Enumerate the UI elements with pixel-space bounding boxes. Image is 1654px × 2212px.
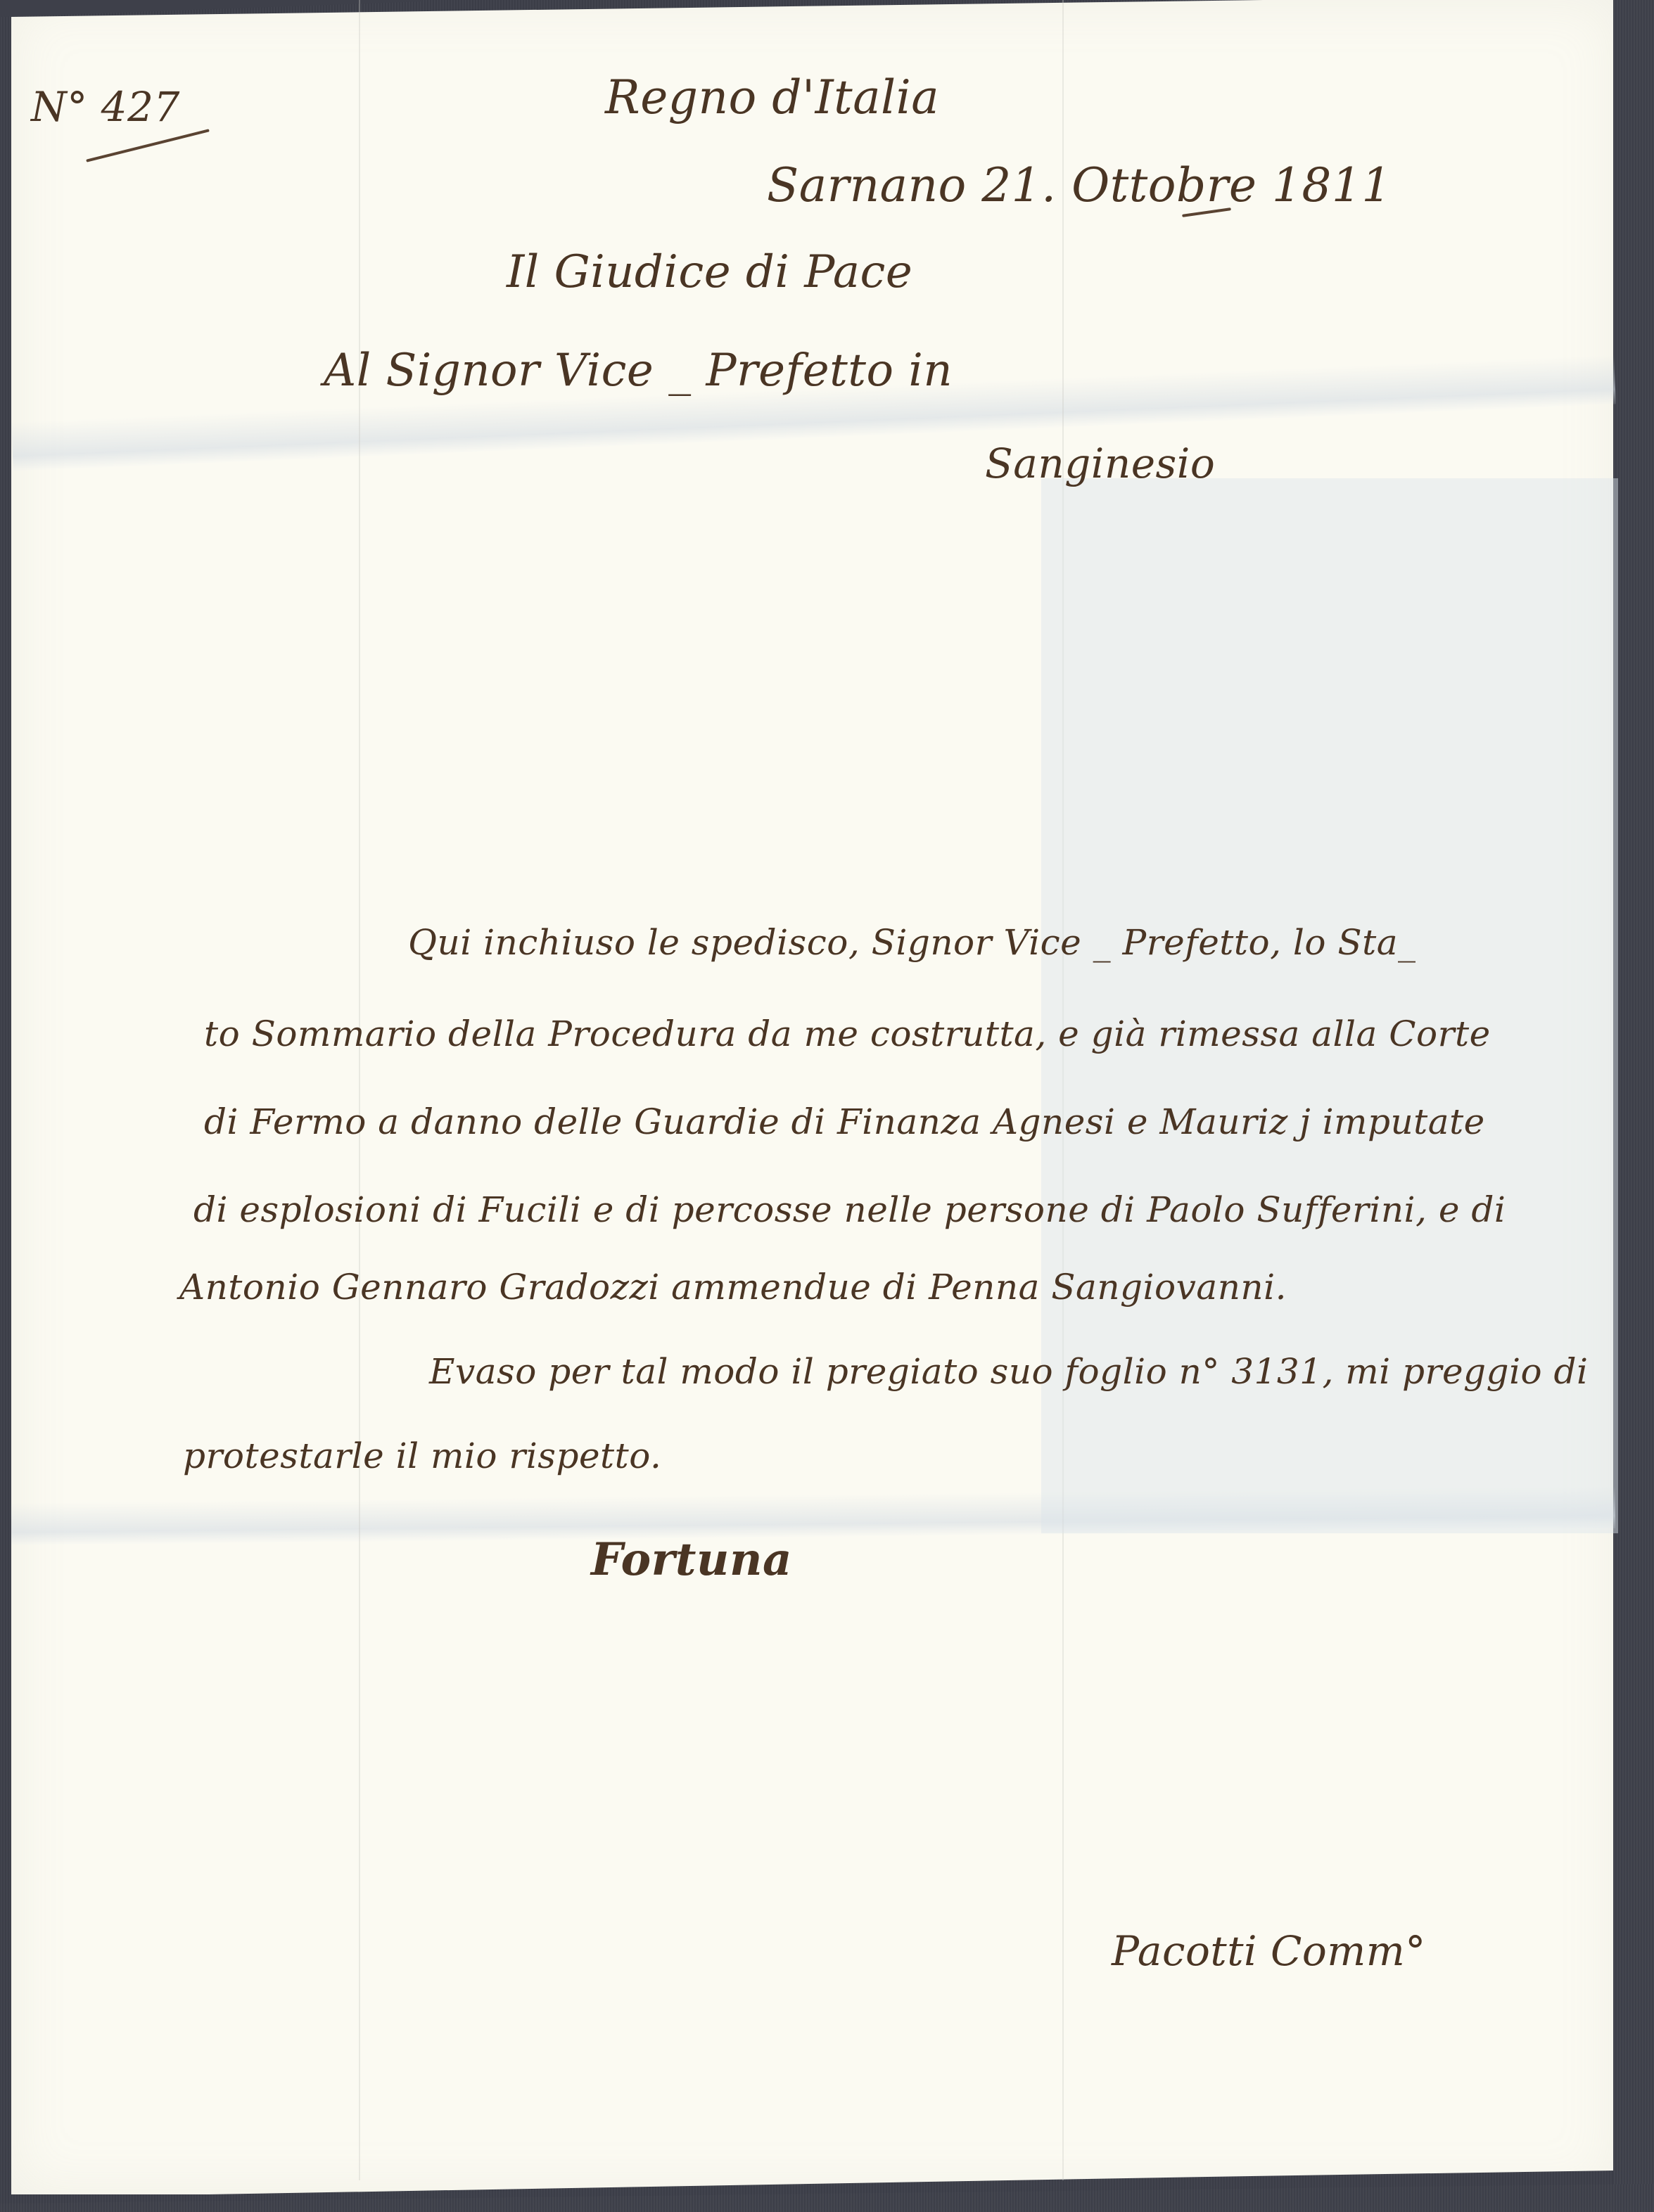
body-line-1: Qui inchiuso le spedisco, Signor Vice _ … xyxy=(408,921,1416,964)
protocol-number: N° 427 xyxy=(31,83,180,131)
body-line-6: Evaso per tal modo il pregiato suo fogli… xyxy=(429,1350,1589,1393)
signature: Fortuna xyxy=(591,1533,792,1586)
footer-note: Pacotti Comm° xyxy=(1112,1927,1426,1975)
fold-crease-vertical-left xyxy=(359,0,360,2180)
letter-header: Regno d'Italia xyxy=(605,70,939,124)
sender-title: Il Giudice di Pace xyxy=(507,246,912,298)
body-line-5: Antonio Gennaro Gradozzi ammendue di Pen… xyxy=(179,1266,1287,1308)
body-line-2: to Sommario della Procedura da me costru… xyxy=(204,1013,1491,1055)
body-line-4: di esplosioni di Fucili e di percosse ne… xyxy=(193,1189,1506,1231)
body-line-3: di Fermo a danno delle Guardie di Finanz… xyxy=(204,1101,1485,1143)
background-right-edge xyxy=(1613,0,1654,2212)
place-date: Sarnano 21. Ottobre 1811 xyxy=(767,158,1392,212)
destination: Sanginesio xyxy=(985,440,1215,487)
body-line-7: protestarle il mio rispetto. xyxy=(183,1435,661,1477)
recipient-line: Al Signor Vice _ Prefetto in xyxy=(324,345,953,397)
